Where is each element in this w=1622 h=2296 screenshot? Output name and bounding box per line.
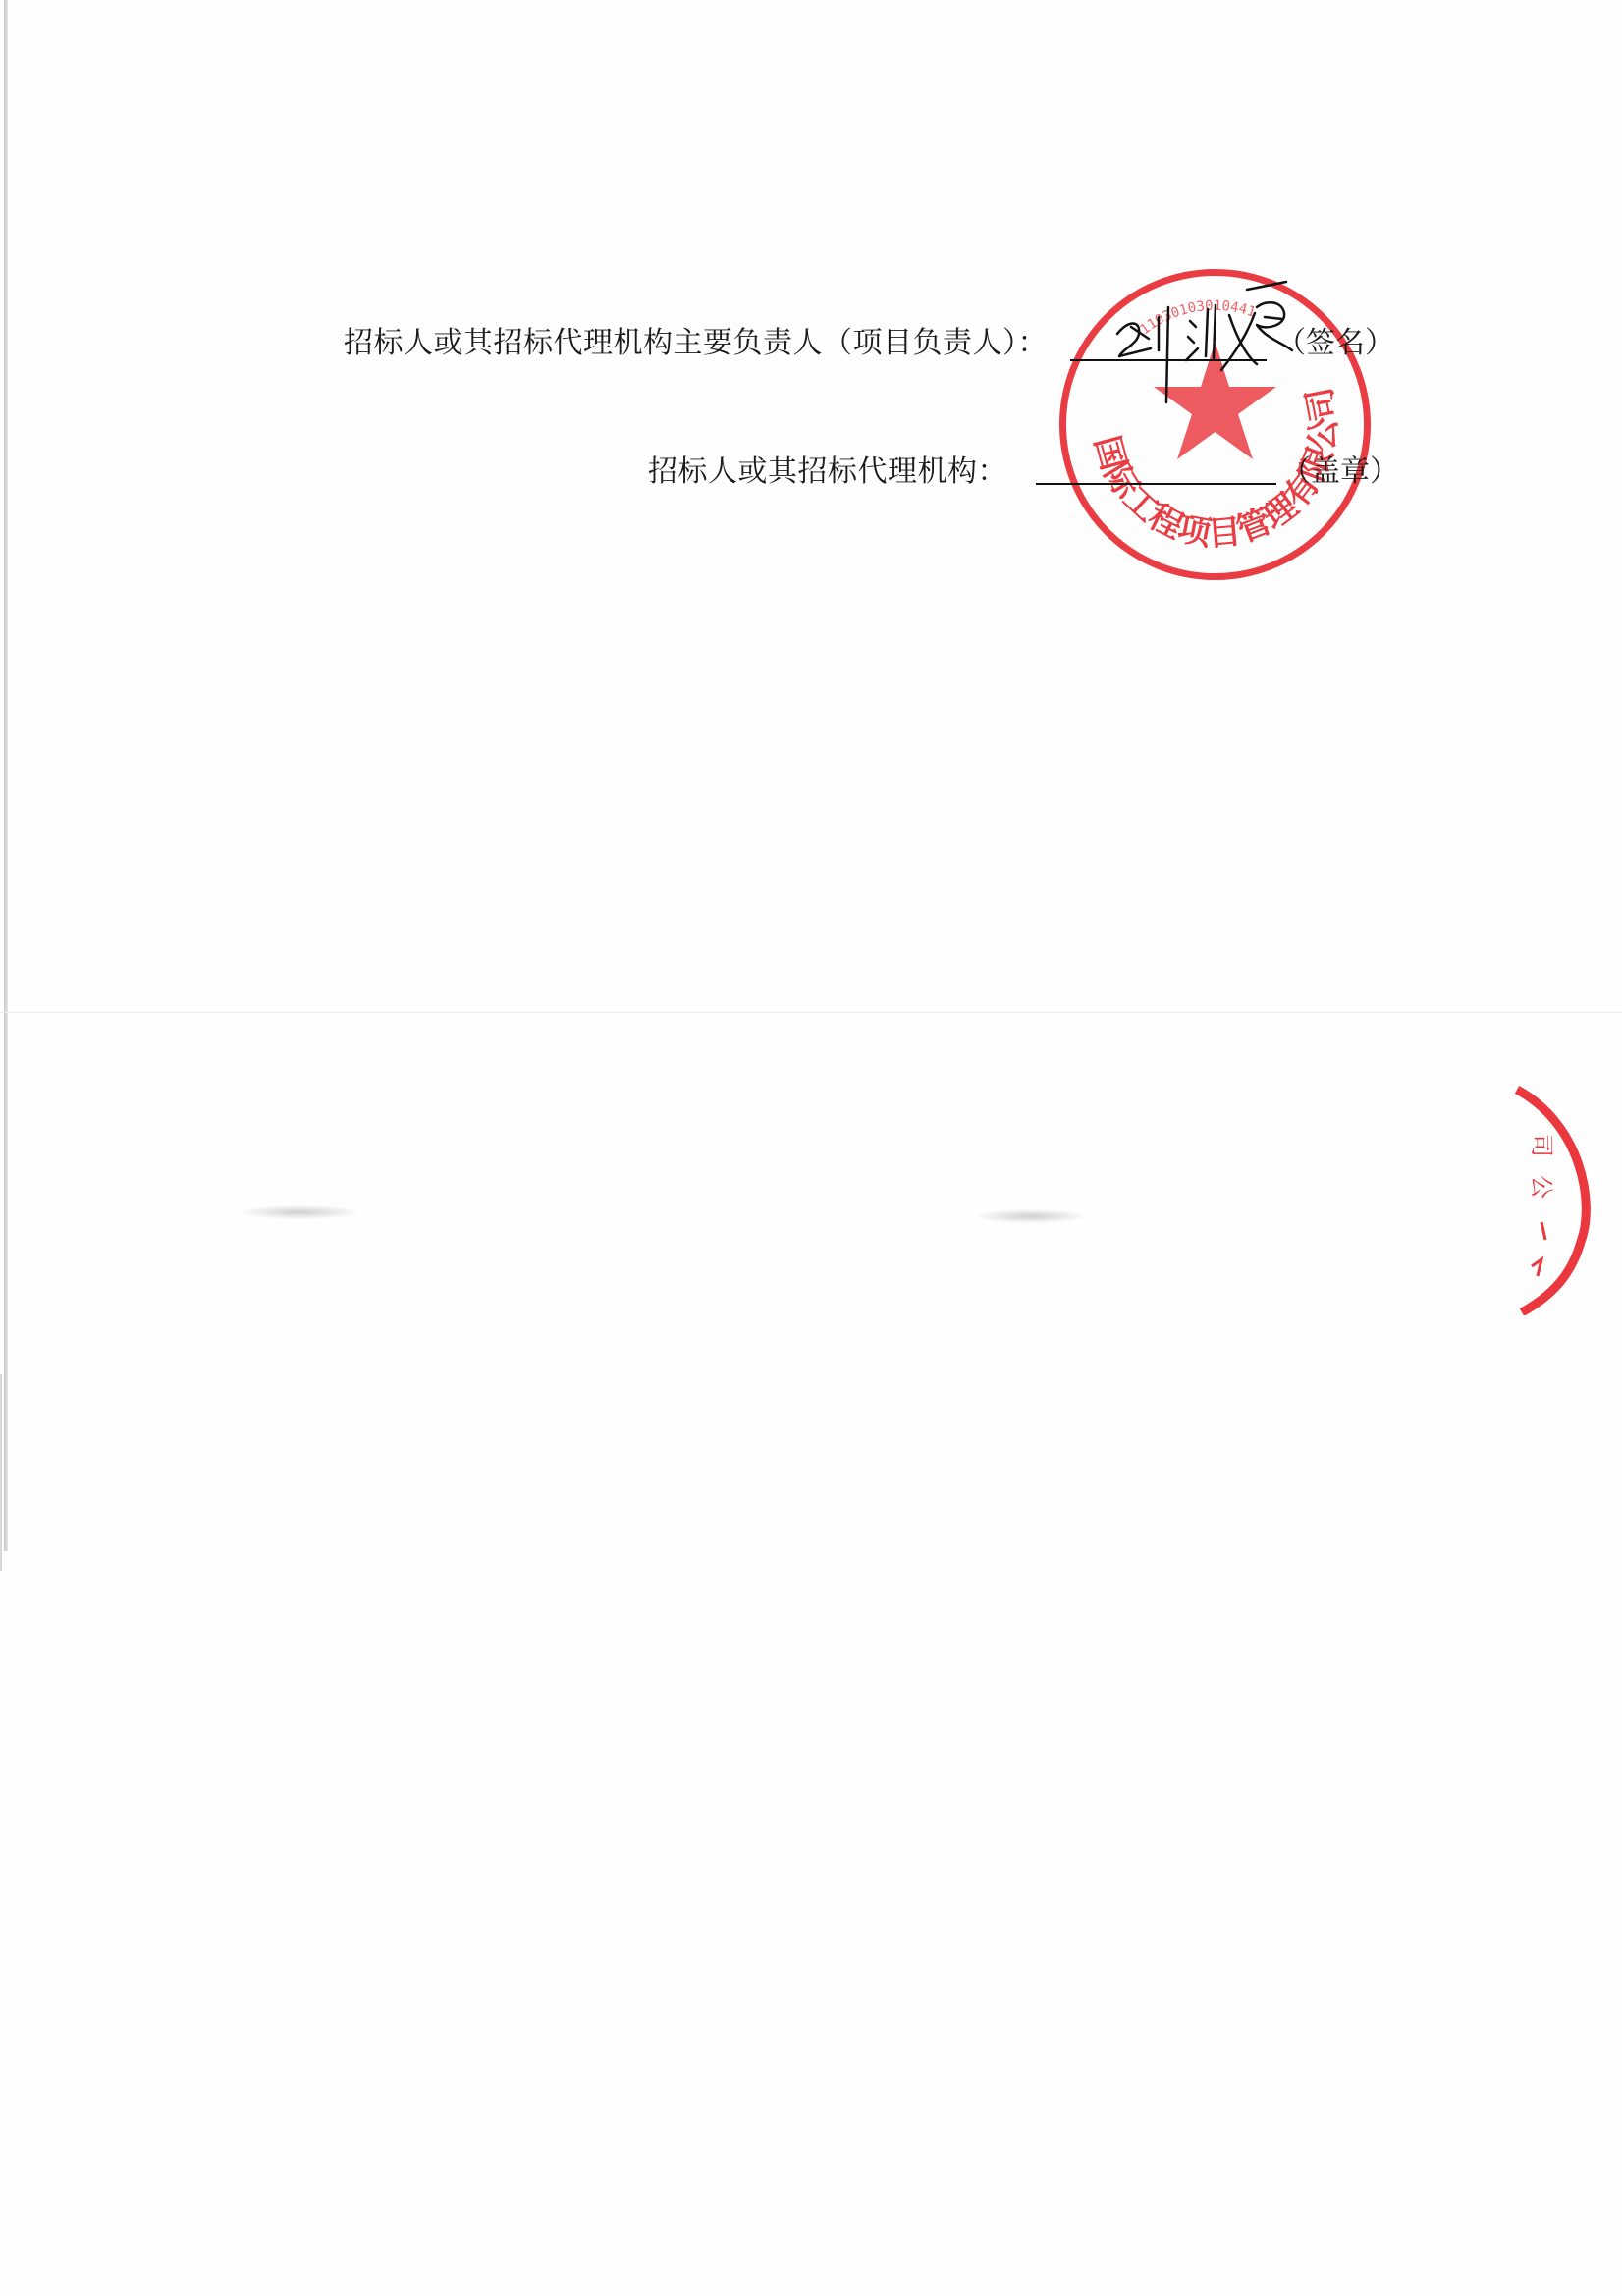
- svg-text:司: 司: [1528, 1134, 1555, 1157]
- seal-suffix: （盖章）: [1281, 447, 1399, 490]
- svg-text:公: 公: [1528, 1175, 1555, 1199]
- responsible-person-label: 招标人或其招标代理机构主要负责人（项目负责人）：: [344, 318, 1048, 361]
- scan-edge-shadow-lower: [0, 1374, 2, 1571]
- scan-seam-line: [0, 1012, 1622, 1013]
- scanned-page: 招标人或其招标代理机构主要负责人（项目负责人）： （签名） 招标人或其招标代理机…: [0, 0, 1622, 2296]
- handwritten-signature: [1109, 280, 1306, 417]
- scan-artifact: [241, 1205, 358, 1219]
- partial-seal-stamp: 司 公: [1512, 1085, 1622, 1315]
- seal-blank-line: [1036, 483, 1276, 485]
- scan-artifact: [977, 1209, 1085, 1223]
- scan-edge-shadow: [4, 0, 8, 1551]
- agency-label: 招标人或其招标代理机构：: [648, 447, 1007, 490]
